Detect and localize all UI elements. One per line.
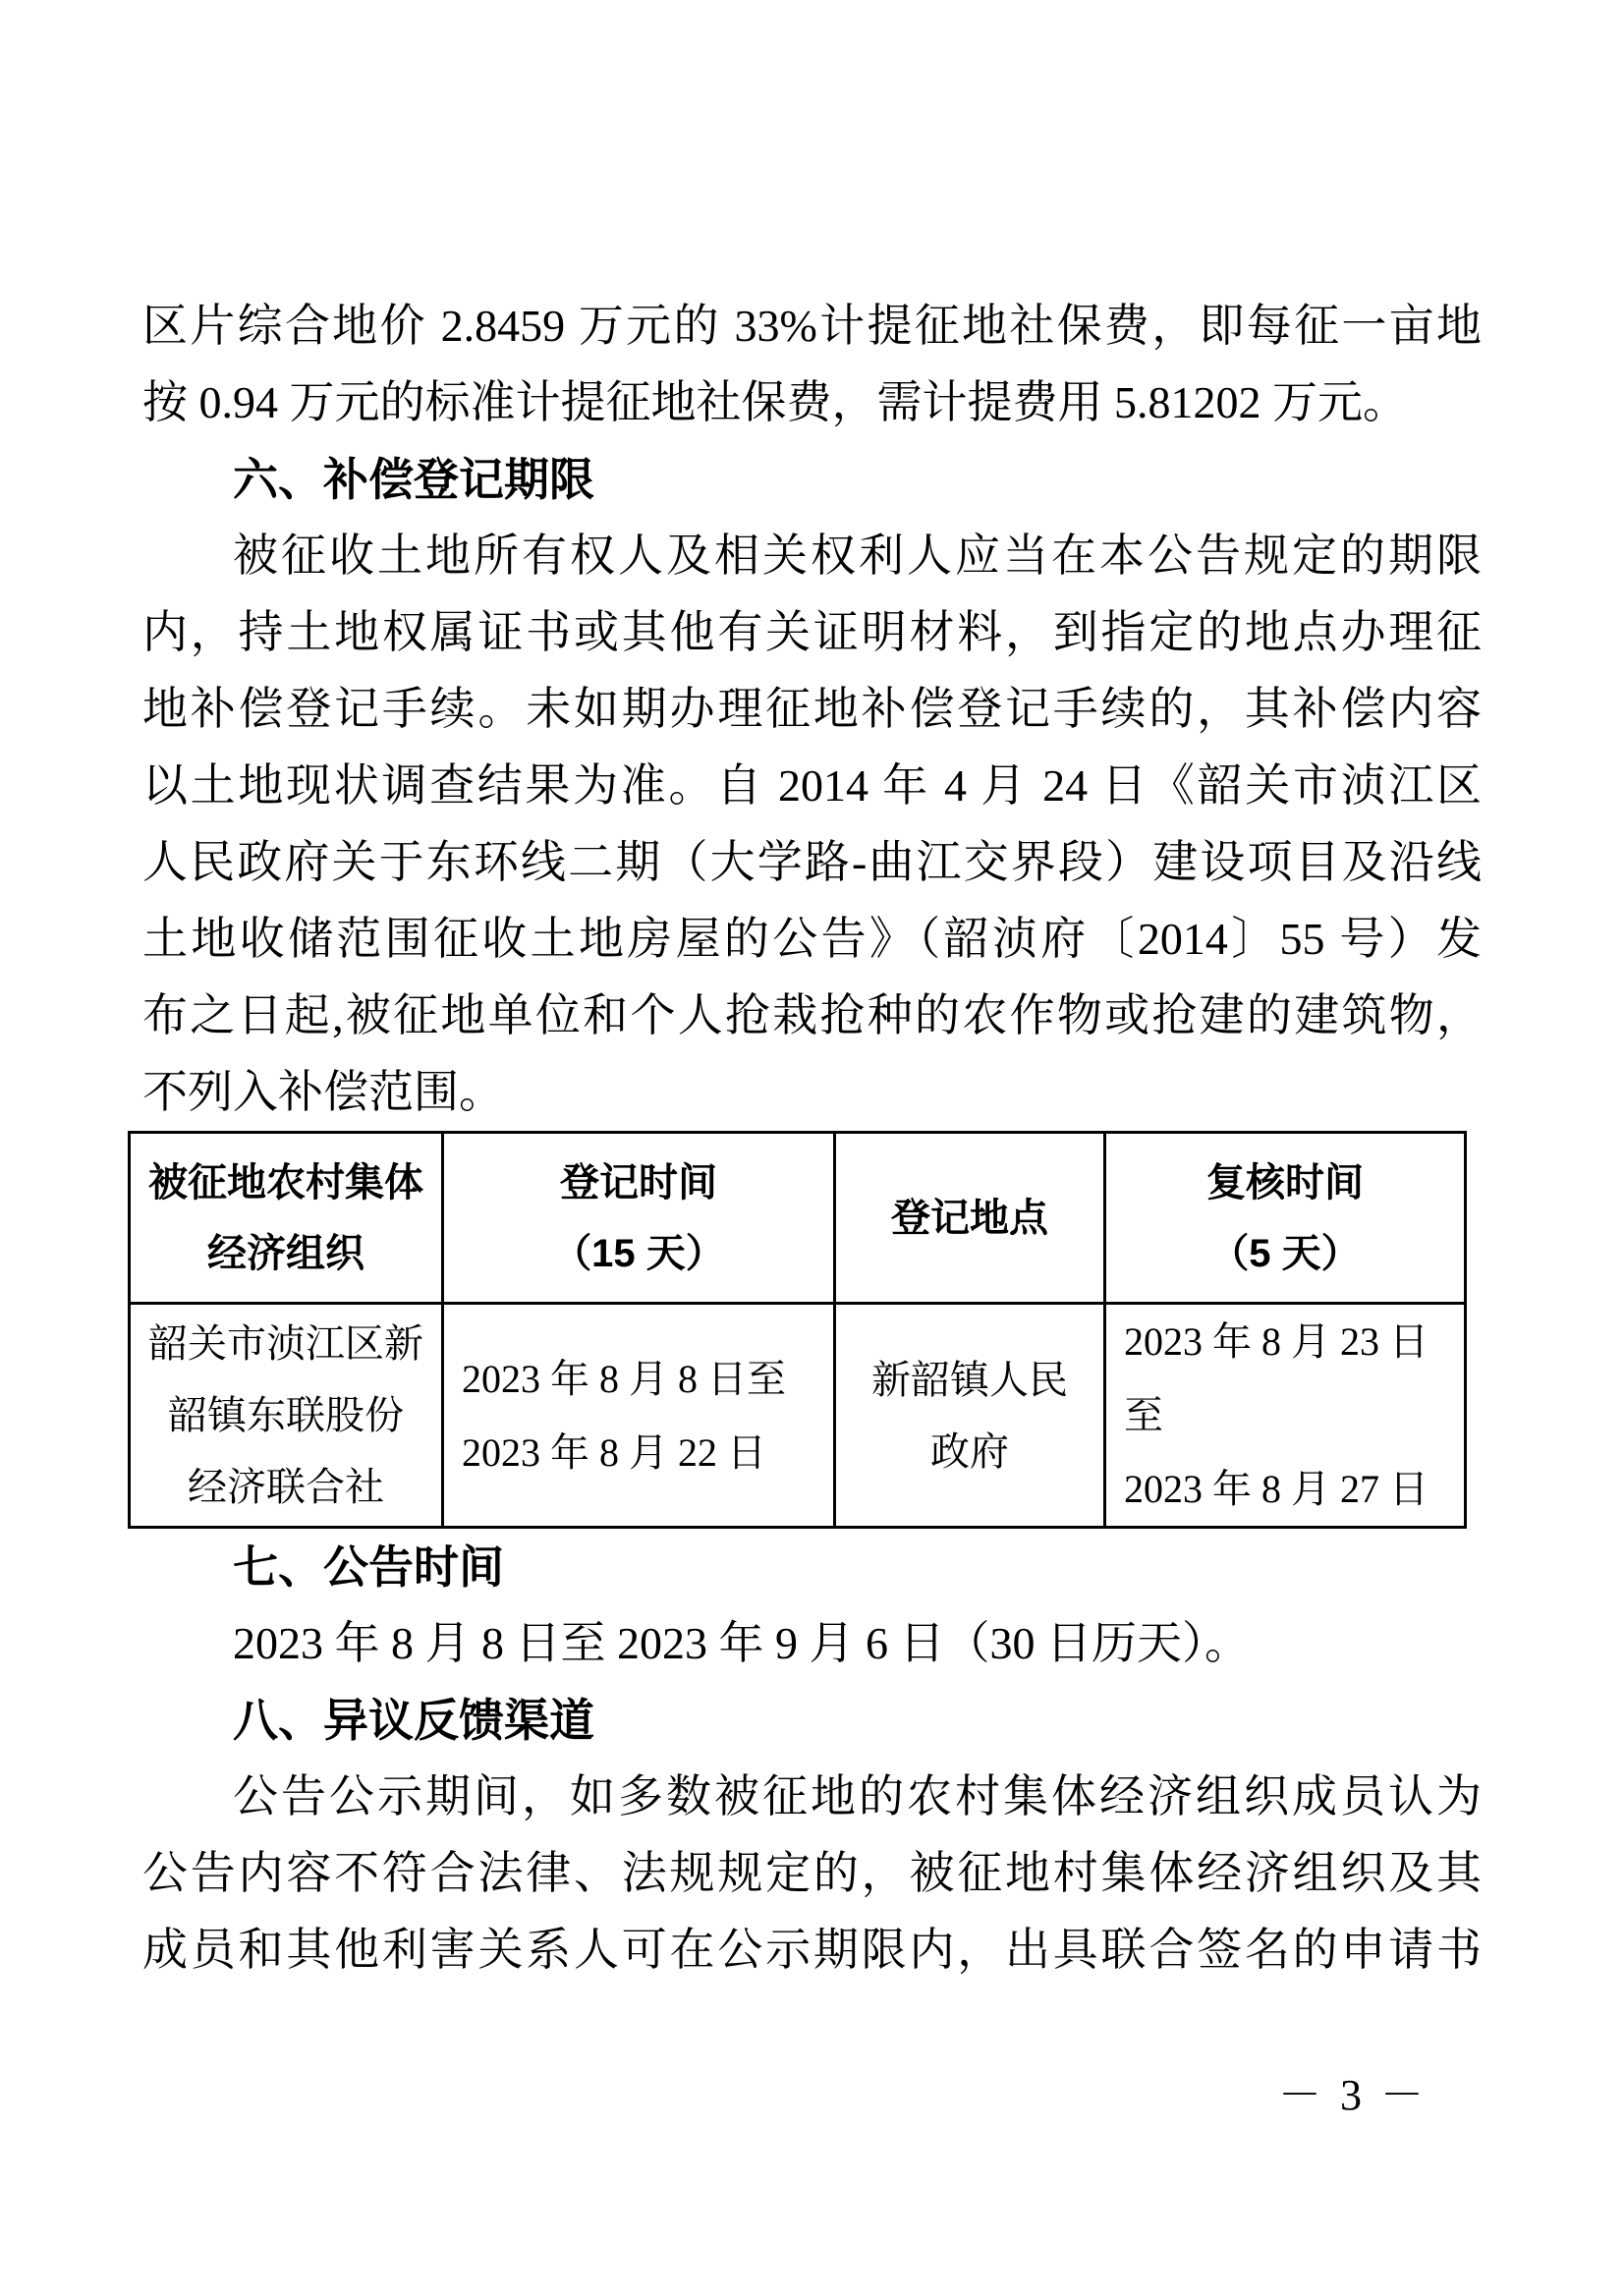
header-cell-org: 被征地农村集体 经济组织 [130,1133,443,1304]
cell-text: 2023 年 8 月 23 日至 [1106,1305,1464,1452]
cell-text: 经济联合社 [131,1451,441,1523]
header-text: 被征地农村集体 [131,1148,441,1218]
document-body: 区片综合地价 2.8459 万元的 33%计提征地社保费，即每征一亩地 按 0.… [142,288,1482,1988]
header-text: 经济组织 [131,1218,441,1289]
cell-text: 韶关市浈江区新 [131,1308,441,1379]
cell-text: 2023 年 8 月 22 日 [444,1416,833,1489]
page-number: － 3 － [1278,2071,1428,2120]
cell-text: 韶镇东联股份 [131,1379,441,1451]
cell-text: 政府 [836,1416,1103,1487]
cell-text: 新韶镇人民 [836,1344,1103,1416]
paragraph-line: 按 0.94 万元的标准计提征地社保费，需计提费用 5.81202 万元。 [142,364,1482,441]
header-text: 登记地点 [836,1183,1103,1254]
section-heading-6: 六、补偿登记期限 [142,441,1482,518]
paragraph-line: 地补偿登记手续。未如期办理征地补偿登记手续的，其补偿内容 [142,671,1482,748]
paragraph-line: 内，持土地权属证书或其他有关证明材料，到指定的地点办理征 [142,594,1482,671]
table-data-row: 韶关市浈江区新 韶镇东联股份 经济联合社 2023 年 8 月 8 日至 202… [130,1304,1466,1528]
section-heading-7: 七、公告时间 [142,1529,1482,1605]
paragraph-line: 区片综合地价 2.8459 万元的 33%计提征地社保费，即每征一亩地 [142,288,1482,364]
cell-text: 2023 年 8 月 27 日 [1106,1452,1464,1526]
paragraph-line: 布之日起,被征地单位和个人抢栽抢种的农作物或抢建的建筑物， [142,978,1482,1054]
cell-review-time: 2023 年 8 月 23 日至 2023 年 8 月 27 日 [1105,1304,1466,1528]
paragraph-line: 公告公示期间，如多数被征地的农村集体经济组织成员认为 [142,1759,1482,1835]
paragraph-line: 土地收储范围征收土地房屋的公告》（韶浈府〔2014〕55 号）发 [142,901,1482,978]
registration-table: 被征地农村集体 经济组织 登记时间 （15 天） 登记地点 复核时间 （5 天）… [128,1131,1467,1529]
header-text: 登记时间 [444,1148,833,1218]
header-cell-review-time: 复核时间 （5 天） [1105,1133,1466,1304]
section-heading-8: 八、异议反馈渠道 [142,1682,1482,1759]
paragraph-line: 2023 年 8 月 8 日至 2023 年 9 月 6 日（30 日历天）。 [142,1605,1482,1682]
paragraph-line: 成员和其他利害关系人可在公示期限内，出具联合签名的申请书 [142,1912,1482,1988]
table-header-row: 被征地农村集体 经济组织 登记时间 （15 天） 登记地点 复核时间 （5 天） [130,1133,1466,1304]
paragraph-line: 公告内容不符合法律、法规规定的，被征地村集体经济组织及其 [142,1835,1482,1912]
document-page: 区片综合地价 2.8459 万元的 33%计提征地社保费，即每征一亩地 按 0.… [0,0,1624,2296]
cell-org: 韶关市浈江区新 韶镇东联股份 经济联合社 [130,1304,443,1528]
cell-text: 2023 年 8 月 8 日至 [444,1342,833,1416]
header-cell-registration-time: 登记时间 （15 天） [443,1133,835,1304]
header-text: 复核时间 [1106,1148,1464,1218]
header-cell-registration-place: 登记地点 [835,1133,1105,1304]
header-text: （15 天） [444,1218,833,1289]
cell-registration-time: 2023 年 8 月 8 日至 2023 年 8 月 22 日 [443,1304,835,1528]
paragraph-line: 不列入补偿范围。 [142,1054,1482,1131]
cell-registration-place: 新韶镇人民 政府 [835,1304,1105,1528]
paragraph-line: 以土地现状调查结果为准。自 2014 年 4 月 24 日《韶关市浈江区 [142,748,1482,824]
header-text: （5 天） [1106,1218,1464,1289]
paragraph-line: 被征收土地所有权人及相关权利人应当在本公告规定的期限 [142,518,1482,594]
paragraph-line: 人民政府关于东环线二期（大学路-曲江交界段）建设项目及沿线 [142,824,1482,901]
